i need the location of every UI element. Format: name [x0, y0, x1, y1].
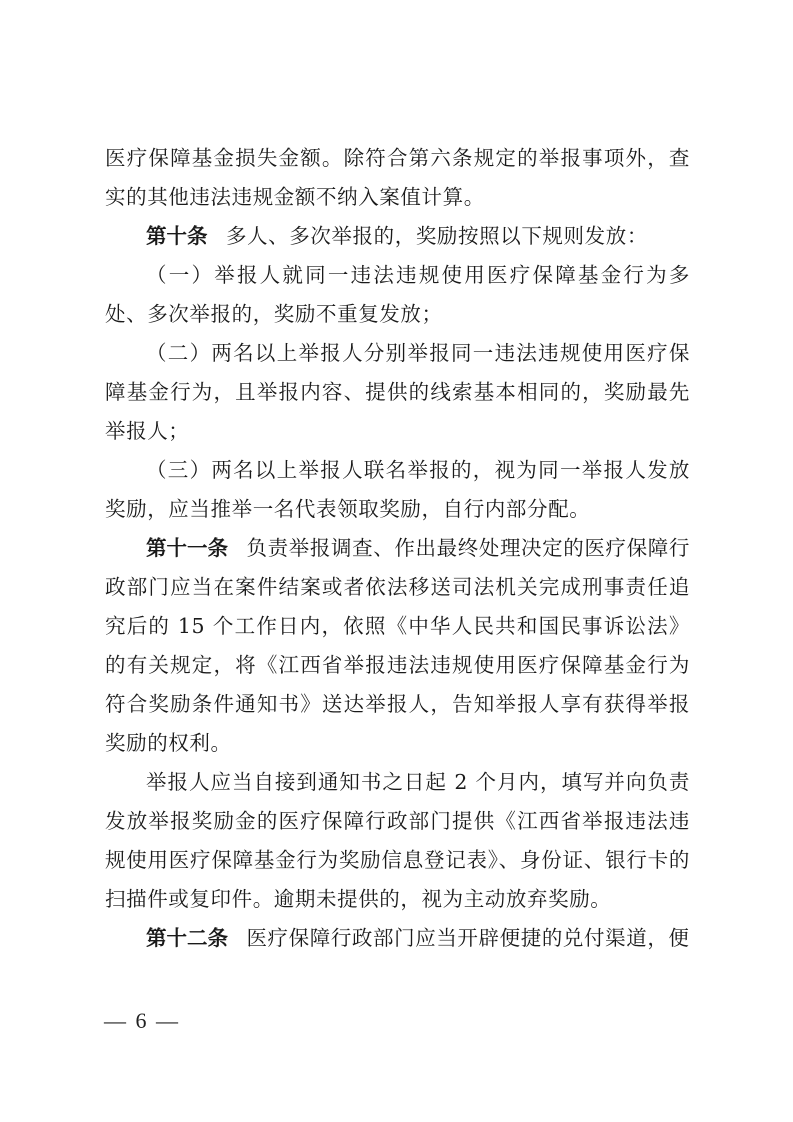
article-10-item-3: （三）两名以上举报人联名举报的，视为同一举报人发放奖励，应当推举一名代表领取奖励… — [105, 451, 690, 529]
article-11: 第十一条负责举报调查、作出最终处理决定的医疗保障行政部门应当在案件结案或者依法移… — [105, 529, 690, 763]
paragraph-continuation: 医疗保障基金损失金额。除符合第六条规定的举报事项外，查实的其他违法违规金额不纳入… — [105, 139, 690, 217]
document-page-body: 医疗保障基金损失金额。除符合第六条规定的举报事项外，查实的其他违法违规金额不纳入… — [105, 139, 690, 958]
page-number: — 6 — — [104, 1008, 180, 1034]
article-text: 多人、多次举报的，奖励按照以下规则发放： — [226, 224, 648, 248]
article-title: 第十一条 — [146, 536, 228, 560]
article-11-paragraph-2: 举报人应当自接到通知书之日起 2 个月内，填写并向负责发放举报奖励金的医疗保障行… — [105, 763, 690, 919]
article-text: 负责举报调查、作出最终处理决定的医疗保障行政部门应当在案件结案或者依法移送司法机… — [105, 536, 690, 755]
article-10-item-2: （二）两名以上举报人分别举报同一违法违规使用医疗保障基金行为，且举报内容、提供的… — [105, 334, 690, 451]
article-10: 第十条多人、多次举报的，奖励按照以下规则发放： — [105, 217, 690, 256]
article-title: 第十二条 — [146, 926, 228, 950]
article-title: 第十条 — [146, 224, 208, 248]
article-text: 医疗保障行政部门应当开辟便捷的兑付渠道，便 — [246, 926, 689, 950]
article-10-item-1: （一）举报人就同一违法违规使用医疗保障基金行为多处、多次举报的，奖励不重复发放； — [105, 256, 690, 334]
article-12: 第十二条医疗保障行政部门应当开辟便捷的兑付渠道，便 — [105, 919, 690, 958]
